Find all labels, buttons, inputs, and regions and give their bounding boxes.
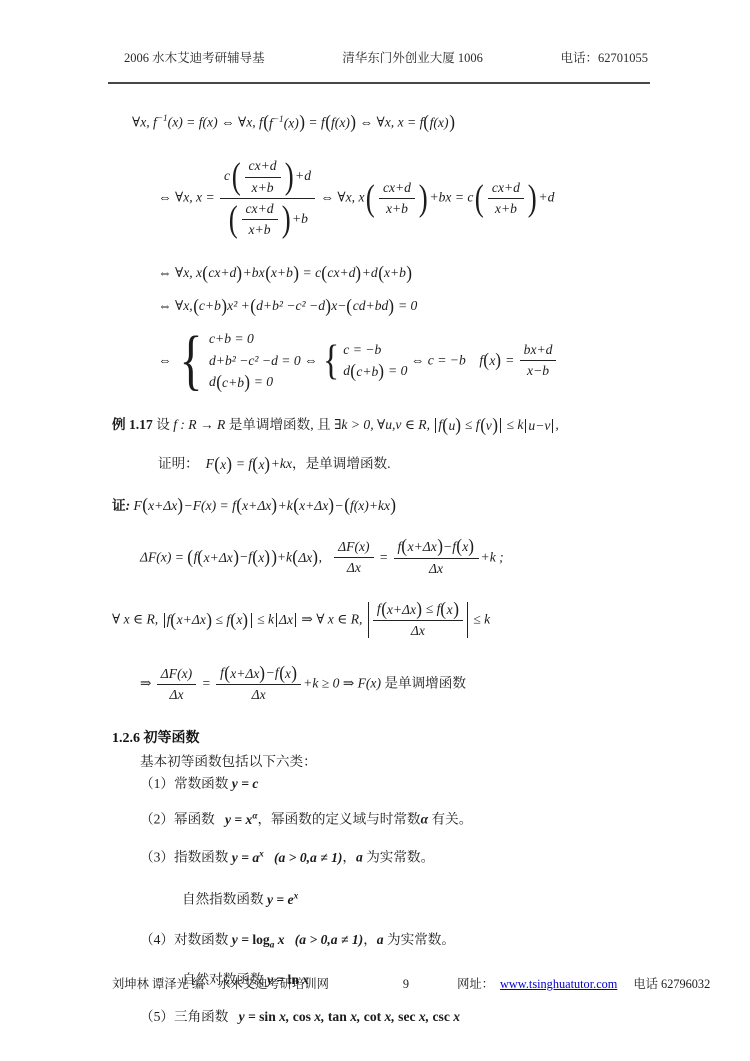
page-content: ∀x, f−1(x) = f(x) ⇔ ∀x, f(f−1(x)) = f(f(… xyxy=(112,92,662,1026)
header-right-phone: 电话：62701055 xyxy=(560,48,648,66)
formula-line: （2）幂函数 y = xα，幂函数的定义域与时常数α 有关。 xyxy=(140,809,662,829)
formula-line: ∀ x ∈ R, f(x+Δx) ≤ f(x) ≤ kΔx ⇒ ∀ x ∈ R,… xyxy=(112,600,662,640)
formula-line: ⇔ ∀x, x = c(cx+dx+b)+d(cx+dx+b)+b ⇔ ∀x, … xyxy=(158,157,662,239)
page-footer: 刘坤林 谭泽光 编 水木艾迪考研培训网 9 网址： www.tsinghuatu… xyxy=(112,974,650,992)
page-number: 9 xyxy=(403,977,409,992)
formula-line: 基本初等函数包括以下六类： xyxy=(140,753,662,771)
formula-line: ⇔ ∀x, x(cx+d)+bx(x+b) = c(cx+d)+d(x+b) xyxy=(158,264,662,283)
section-heading: 1.2.6 初等函数 xyxy=(112,727,662,747)
header-center-text: 清华东门外创业大厦 1006 xyxy=(342,48,483,66)
derivation-block: ∀x, f−1(x) = f(x) ⇔ ∀x, f(f−1(x)) = f(f(… xyxy=(112,112,662,705)
header-left-text: 2006 水木艾迪考研辅导基 xyxy=(124,48,265,66)
formula-line: ΔF(x) = (f(x+Δx)−f(x))+k(Δx), ΔF(x)Δx = … xyxy=(140,538,662,578)
formula-line: ⇔ {c+b = 0d+b² −c² −d = 0d(c+b) = 0 ⇔ {c… xyxy=(158,328,662,394)
formula-line: （4）对数函数 y = loga x (a > 0,a ≠ 1)，a 为实常数。 xyxy=(140,931,662,951)
formula-line: ⇔ ∀x,(c+b)x² +(d+b² −c² −d)x−(cd+bd) = 0 xyxy=(158,297,662,316)
footer-phone: 电话 62796032 xyxy=(633,974,710,992)
footer-url-label: 网址： xyxy=(457,974,494,992)
formula-line: ⇒ ΔF(x)Δx = f(x+Δx)−f(x)Δx+k ≥ 0 ⇒ F(x) … xyxy=(140,664,662,704)
formula-line: 证: F(x+Δx)−F(x) = f(x+Δx)+k(x+Δx)−(f(x)+… xyxy=(112,497,662,516)
page-header: 2006 水木艾迪考研辅导基 清华东门外创业大厦 1006 电话：6270105… xyxy=(112,48,648,66)
formula-line: （5）三角函数 y = sin x, cos x, tan x, cot x, … xyxy=(140,1008,662,1026)
footer-website-link[interactable]: www.tsinghuatutor.com xyxy=(500,977,617,992)
formula-line: （1）常数函数 y = c xyxy=(140,775,662,793)
header-rule xyxy=(108,82,650,84)
formula-line: 例 1.17 设 f : R → R 是单调增函数, 且 ∃k > 0, ∀u,… xyxy=(112,416,662,435)
formula-line: ∀x, f−1(x) = f(x) ⇔ ∀x, f(f−1(x)) = f(f(… xyxy=(132,112,662,133)
footer-site-name: 水木艾迪考研培训网 xyxy=(218,974,329,992)
formula-line: （3）指数函数 y = ax (a > 0,a ≠ 1)，a 为实常数。 xyxy=(140,847,662,867)
formula-line: 证明： F(x) = f(x)+kx，是单调增函数. xyxy=(158,455,662,474)
formula-line: 自然指数函数 y = ex xyxy=(182,889,662,909)
footer-authors: 刘坤林 谭泽光 编 xyxy=(112,974,204,992)
document-page: 2006 水木艾迪考研辅导基 清华东门外创业大厦 1006 电话：6270105… xyxy=(0,0,750,1061)
